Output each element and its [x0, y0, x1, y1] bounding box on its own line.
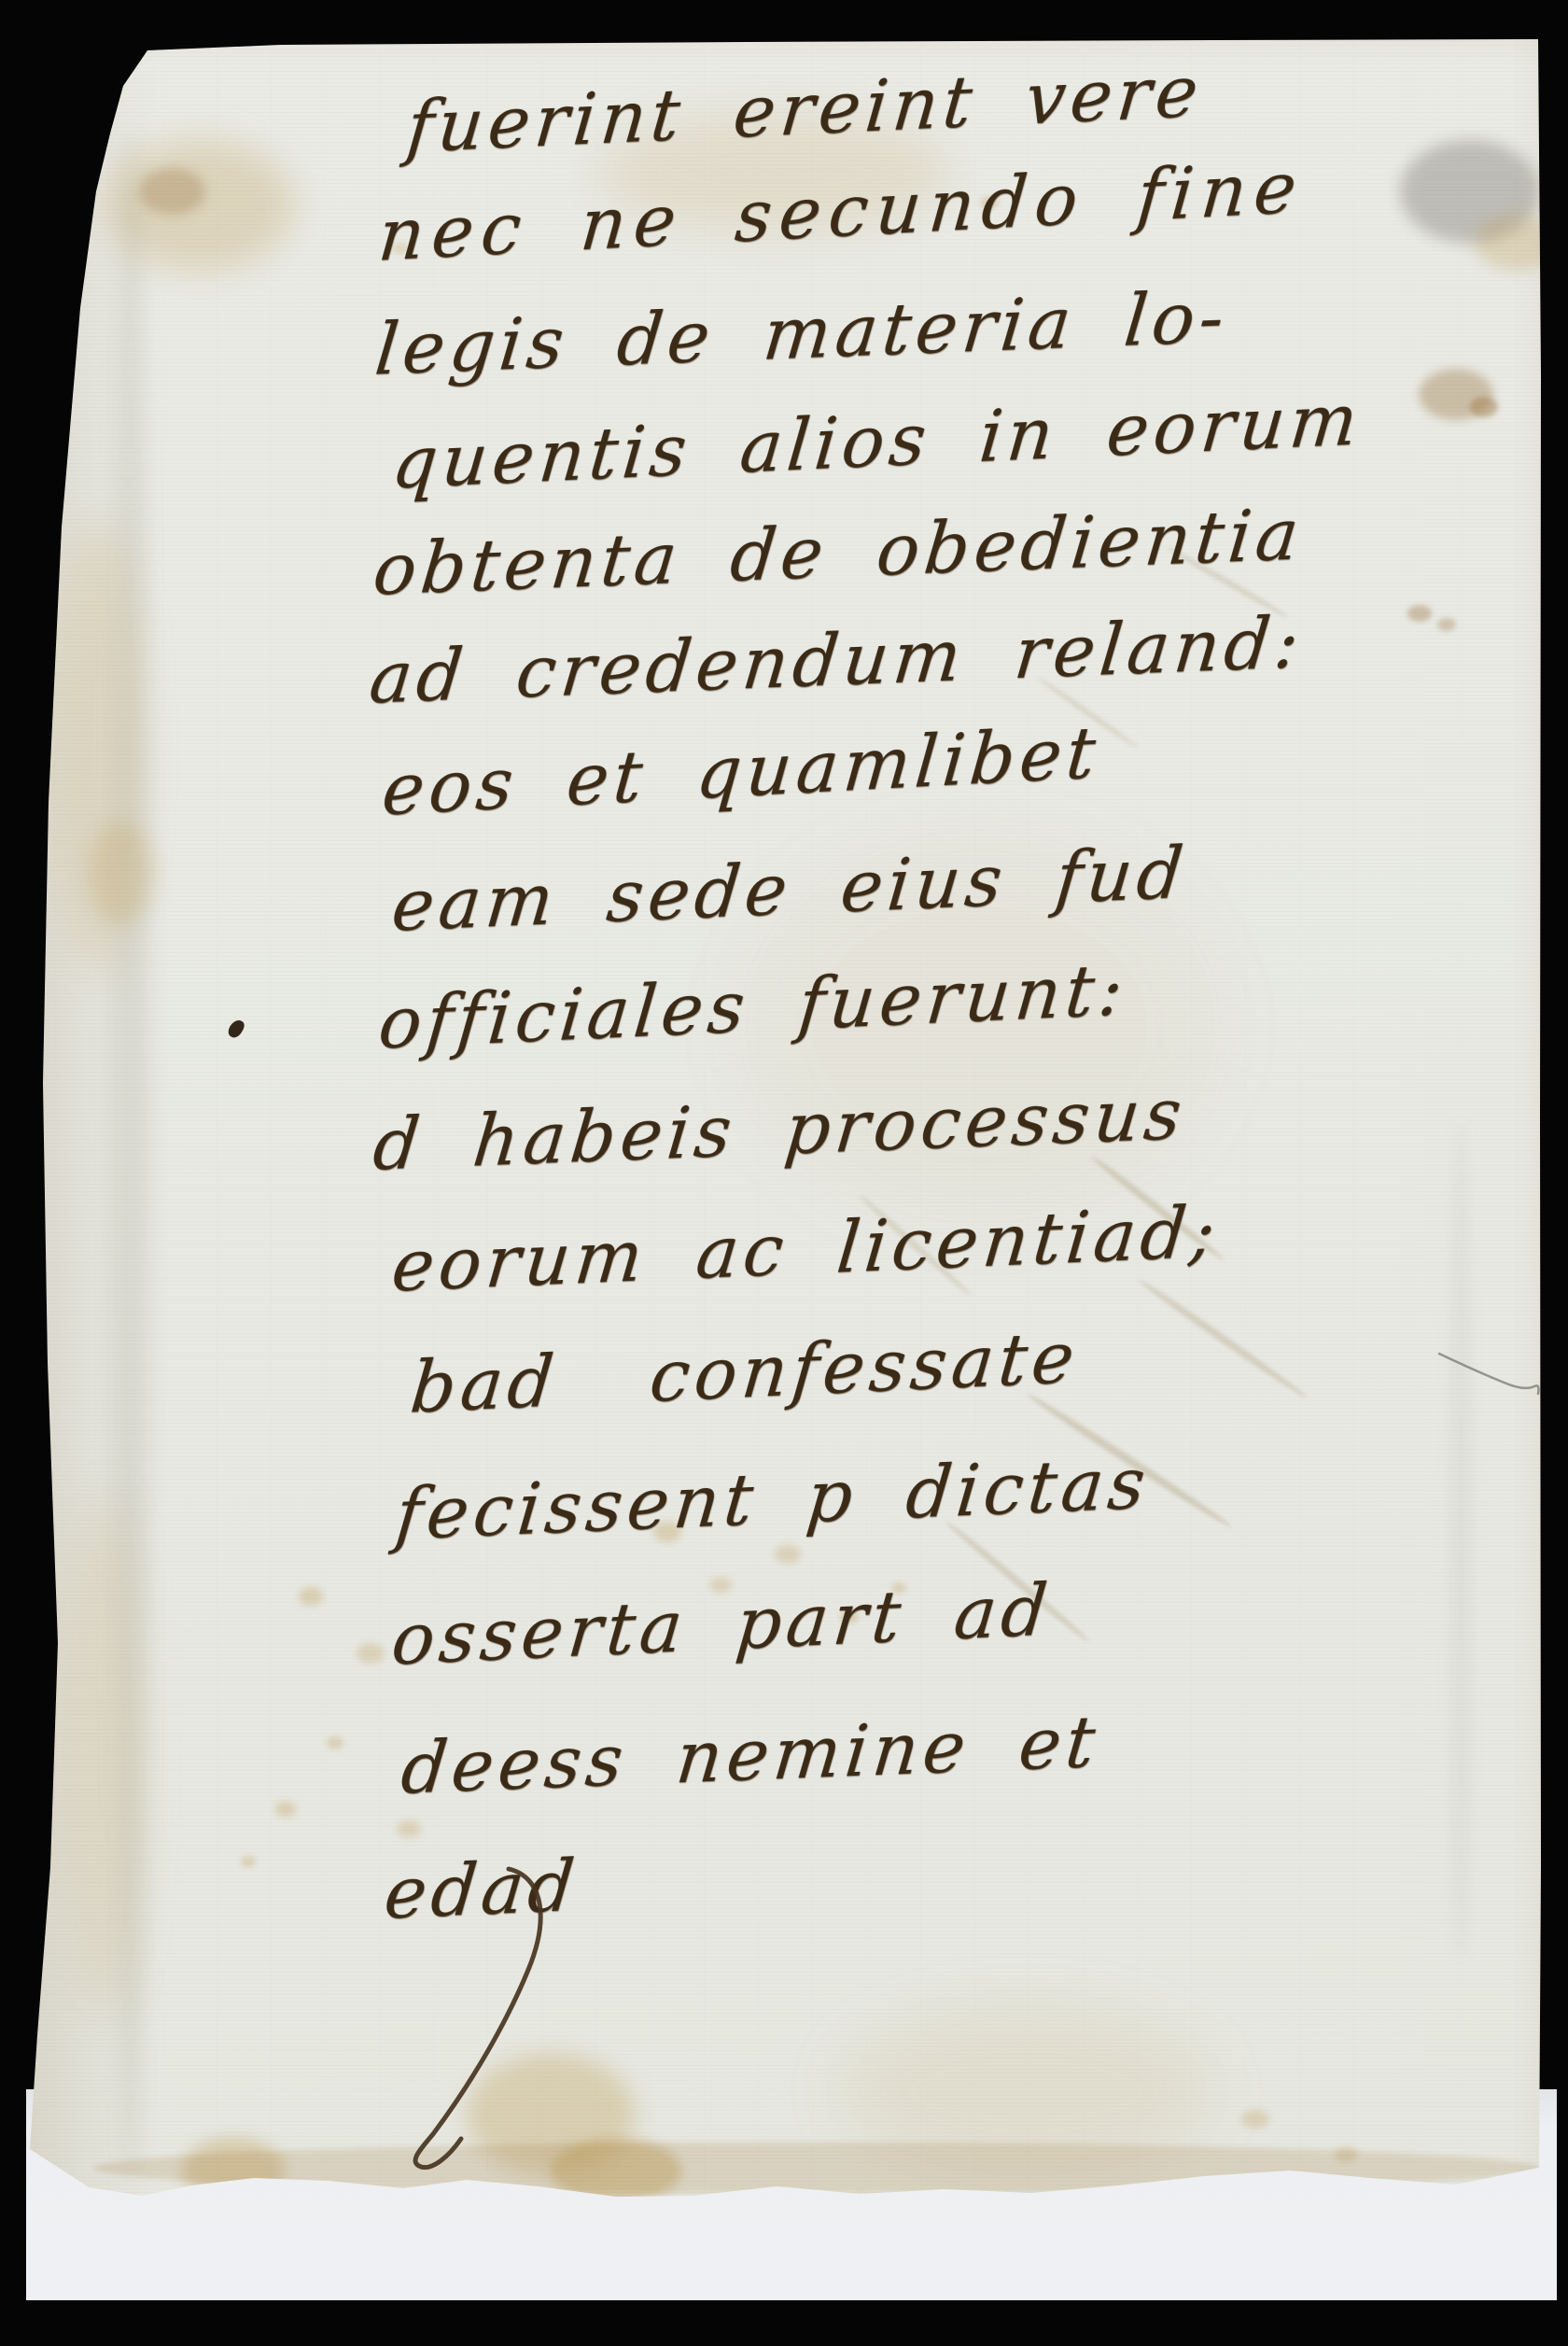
handwritten-line-8: eam sede eius fud	[388, 831, 1191, 948]
foxing-stain	[1400, 140, 1540, 243]
manuscript-page: fuerint ereint verenec ne secundo finele…	[0, 0, 1568, 2346]
foxing-stain	[397, 1820, 421, 1837]
handwritten-line-4: quentis alios in eorum	[388, 377, 1365, 505]
foxing-stain	[357, 1643, 385, 1664]
foxing-stain	[775, 1545, 801, 1564]
foxing-stain	[1241, 2110, 1269, 2128]
foxing-stain	[89, 822, 154, 924]
ink-fleck	[226, 1018, 246, 1040]
foxing-stain	[840, 2007, 1213, 2175]
handwritten-line-12: bad confessate	[407, 1315, 1083, 1429]
ink-show-through	[1137, 1277, 1309, 1401]
foxing-stain	[1475, 215, 1559, 271]
handwritten-line-3: legis de materia lo-	[371, 275, 1232, 391]
foxing-stain	[1470, 397, 1498, 417]
handwritten-line-1: fuerint ereint vere	[403, 49, 1206, 169]
foxing-stain	[275, 1802, 296, 1817]
foxing-stain	[1335, 2147, 1357, 2162]
handwritten-line-6: ad credendum reland:	[366, 600, 1308, 720]
foxing-stain	[1451, 1120, 1470, 1960]
foxing-stain	[1437, 618, 1456, 631]
handwritten-line-13: fecissent p dictas	[392, 1441, 1154, 1556]
handwritten-line-10: d habeis processus	[370, 1072, 1190, 1187]
foxing-stain	[1419, 369, 1493, 420]
handwritten-line-5: obtenta de obedientia	[370, 492, 1307, 611]
handwritten-line-11: eorum ac licentiad;	[388, 1189, 1224, 1308]
foxing-stain	[241, 1856, 256, 1867]
handwritten-line-2: nec ne secundo fine	[375, 146, 1308, 277]
handwritten-line-9: officiales fuerunt:	[375, 948, 1131, 1065]
handwritten-line-16: edad	[381, 1844, 582, 1935]
foxing-stain	[1407, 605, 1432, 622]
scanned-manuscript: fuerint ereint verenec ne secundo finele…	[0, 0, 1568, 2346]
handwritten-line-15: deess nemine et	[398, 1700, 1103, 1810]
foxing-stain	[327, 1736, 343, 1749]
foxing-stain	[140, 168, 205, 215]
foxing-stain	[107, 140, 294, 271]
handwritten-line-7: eos et quamlibet	[379, 710, 1103, 832]
foxing-stain	[112, 131, 149, 2184]
foxing-stain	[467, 2054, 635, 2175]
foxing-stain	[299, 1587, 323, 1606]
handwritten-line-14: osserta part ad	[388, 1567, 1056, 1681]
foxing-stain	[65, 1494, 140, 2016]
foxing-stain	[56, 523, 140, 971]
